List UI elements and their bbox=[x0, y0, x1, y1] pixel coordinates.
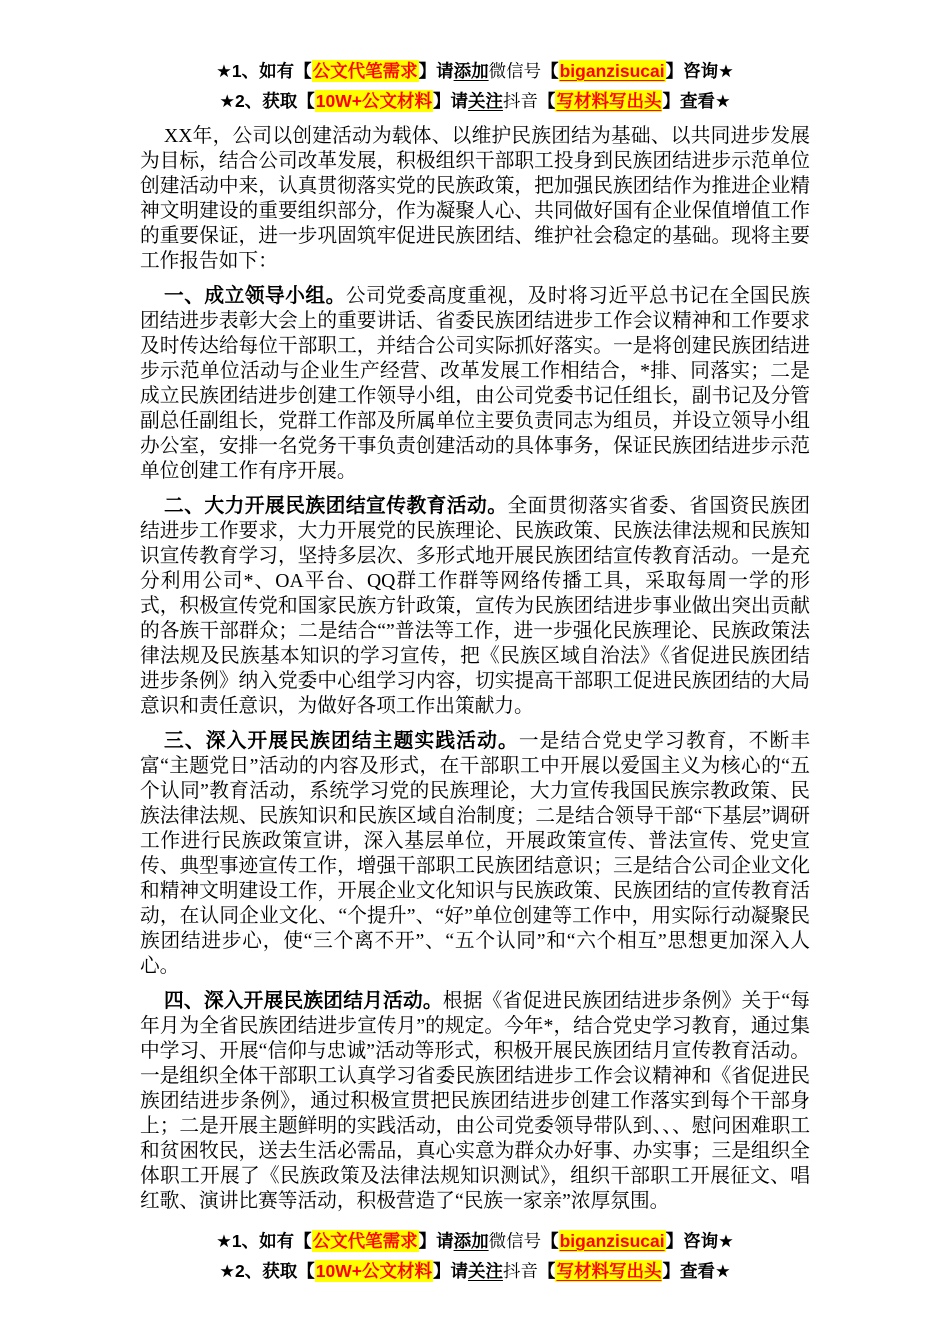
promo-action-add: 添加 bbox=[454, 1231, 489, 1251]
promo-text: ★1、如有【 bbox=[216, 1231, 311, 1251]
promo-text: 】请 bbox=[433, 91, 468, 111]
promo-text: 【 bbox=[541, 1231, 559, 1251]
promo-text: 】咨询★ bbox=[666, 61, 734, 81]
promo-header-line-2: ★2、获取【10W+公文材料】请关注抖音【写材料写出头】查看★ bbox=[140, 86, 810, 116]
highlight-wechat-id: biganzisucai bbox=[559, 60, 666, 82]
promo-text: 】请 bbox=[419, 1231, 454, 1251]
promo-text: 【 bbox=[538, 91, 556, 111]
section-2-heading: 二、大力开展民族团结宣传教育活动。 bbox=[164, 495, 507, 517]
highlight-wechat-id: biganzisucai bbox=[559, 1230, 666, 1252]
promo-text: 【 bbox=[538, 1261, 556, 1281]
promo-footer: ★1、如有【公文代笔需求】请添加微信号【biganzisucai】咨询★ ★2、… bbox=[140, 1226, 810, 1286]
promo-action-follow: 关注 bbox=[468, 91, 503, 111]
highlight-service-need: 公文代笔需求 bbox=[312, 60, 419, 82]
section-paragraph-2: 二、大力开展民族团结宣传教育活动。全面贯彻落实省委、省国资民族团结进步工作要求，… bbox=[140, 494, 810, 719]
section-3-text: 一是结合党史学习教育，不断丰富“主题党日”活动的内容及形式，在干部职工中开展以爱… bbox=[140, 730, 810, 977]
section-4-heading: 四、深入开展民族团结月活动。 bbox=[164, 990, 443, 1012]
promo-text: 】查看★ bbox=[662, 1261, 730, 1281]
promo-text: 微信号 bbox=[489, 1231, 542, 1251]
intro-paragraph: XX年，公司以创建活动为载体、以维护民族团结为基础、以共同进步发展为目标，结合公… bbox=[140, 124, 810, 274]
promo-text: 抖音 bbox=[503, 1261, 538, 1281]
section-1-heading: 一、成立领导小组。 bbox=[164, 285, 346, 307]
promo-header-line-1: ★1、如有【公文代笔需求】请添加微信号【biganzisucai】咨询★ bbox=[140, 56, 810, 86]
section-2-text: 全面贯彻落实省委、省国资民族团结进步工作要求，大力开展党的民族理论、民族政策、民… bbox=[140, 495, 810, 717]
promo-footer-line-2: ★2、获取【10W+公文材料】请关注抖音【写材料写出头】查看★ bbox=[140, 1256, 810, 1286]
promo-footer-line-1: ★1、如有【公文代笔需求】请添加微信号【biganzisucai】咨询★ bbox=[140, 1226, 810, 1256]
intro-text: XX年，公司以创建活动为载体、以维护民族团结为基础、以共同进步发展为目标，结合公… bbox=[140, 125, 810, 272]
promo-text: 抖音 bbox=[503, 91, 538, 111]
promo-text: 微信号 bbox=[489, 61, 542, 81]
section-paragraph-3: 三、深入开展民族团结主题实践活动。一是结合党史学习教育，不断丰富“主题党日”活动… bbox=[140, 729, 810, 979]
highlight-service-need: 公文代笔需求 bbox=[312, 1230, 419, 1252]
document-body: XX年，公司以创建活动为载体、以维护民族团结为基础、以共同进步发展为目标，结合公… bbox=[140, 124, 810, 1214]
section-paragraph-4: 四、深入开展民族团结月活动。根据《省促进民族团结进步条例》关于“每年月为全省民族… bbox=[140, 989, 810, 1214]
highlight-douyin-id: 写材料写出头 bbox=[555, 90, 662, 112]
highlight-material-offer: 10W+公文材料 bbox=[315, 1260, 433, 1282]
section-1-text: 公司党委高度重视，及时将习近平总书记在全国民族团结进步表彰大会上的重要讲话、省委… bbox=[140, 285, 810, 482]
highlight-material-offer: 10W+公文材料 bbox=[315, 90, 433, 112]
promo-text: 】咨询★ bbox=[666, 1231, 734, 1251]
highlight-douyin-id: 写材料写出头 bbox=[555, 1260, 662, 1282]
section-3-heading: 三、深入开展民族团结主题实践活动。 bbox=[164, 730, 519, 752]
document-page: ★1、如有【公文代笔需求】请添加微信号【biganzisucai】咨询★ ★2、… bbox=[0, 0, 950, 1344]
section-paragraph-1: 一、成立领导小组。公司党委高度重视，及时将习近平总书记在全国民族团结进步表彰大会… bbox=[140, 284, 810, 484]
promo-header: ★1、如有【公文代笔需求】请添加微信号【biganzisucai】咨询★ ★2、… bbox=[140, 56, 810, 116]
promo-text: 】请 bbox=[433, 1261, 468, 1281]
promo-text: 【 bbox=[541, 61, 559, 81]
promo-action-follow: 关注 bbox=[468, 1261, 503, 1281]
promo-text: 】请 bbox=[419, 61, 454, 81]
promo-text: 】查看★ bbox=[662, 91, 730, 111]
promo-text: ★2、获取【 bbox=[219, 1261, 314, 1281]
promo-text: ★1、如有【 bbox=[216, 61, 311, 81]
section-4-text: 根据《省促进民族团结进步条例》关于“每年月为全省民族团结进步宣传月”的规定。今年… bbox=[140, 990, 810, 1212]
promo-action-add: 添加 bbox=[454, 61, 489, 81]
promo-text: ★2、获取【 bbox=[219, 91, 314, 111]
